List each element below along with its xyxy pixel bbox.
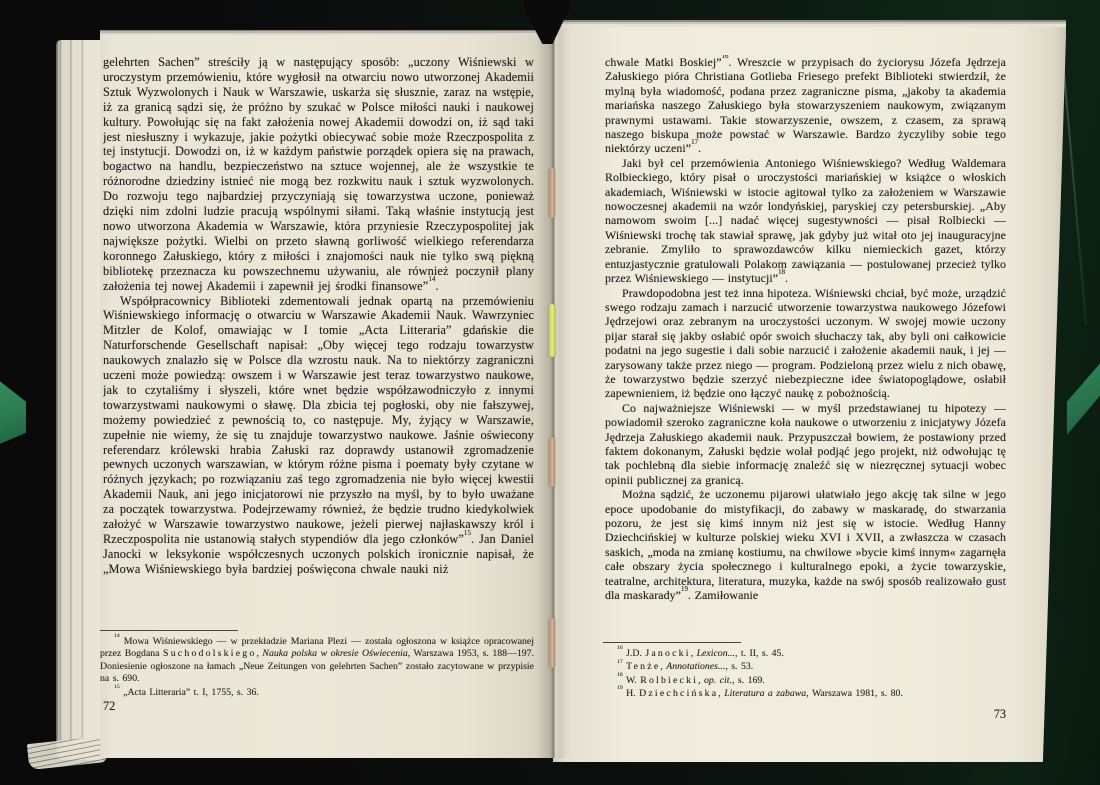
- paragraph: chwale Matki Boskiej”16. Wreszcie w przy…: [605, 55, 1006, 156]
- cover-board-edge: [1061, 46, 1087, 325]
- footnote-rule: [603, 642, 741, 643]
- right-page: chwale Matki Boskiej”16. Wreszcie w przy…: [553, 20, 1066, 762]
- page-number-left: 72: [103, 699, 115, 714]
- bookmark-thread: [549, 304, 555, 357]
- paragraph: Można sądzić, że uczonemu pijarowi ułatw…: [605, 487, 1006, 602]
- footnote: 18 W. Rolbiecki, op. cit., s. 169.: [603, 675, 1005, 687]
- page-number-right: 73: [605, 707, 1006, 722]
- page-corner-stack: [27, 736, 107, 770]
- footnote-rule: [100, 630, 238, 631]
- footnote: 15 „Acta Litteraria” t. I, 1755, s. 36.: [100, 687, 534, 699]
- footnote: 17 Tenże, Annotationes..., s. 53.: [603, 661, 1005, 673]
- footnote: 14 Mowa Wiśniewskiego — w przekładzie Ma…: [100, 636, 534, 686]
- paragraph: Co najważniejsze Wiśniewski — w myśl prz…: [605, 401, 1006, 487]
- book-spread-photo: gelehrten Sachen” streściły ją w następu…: [0, 0, 1100, 785]
- binding-stitch: [549, 437, 555, 487]
- paragraph: gelehrten Sachen” streściły ją w następu…: [103, 55, 534, 294]
- paragraph: Współpracownicy Biblioteki zdementowali …: [103, 294, 534, 577]
- right-page-body: chwale Matki Boskiej”16. Wreszcie w przy…: [605, 55, 1006, 645]
- footnote: 19 H. Dziechcińska, Literatura a zabawa,…: [603, 688, 1005, 700]
- left-page-footnotes: 14 Mowa Wiśniewskiego — w przekładzie Ma…: [100, 630, 534, 700]
- binding-stitch: [549, 618, 555, 668]
- paragraph: Jaki był cel przemówienia Antoniego Wiśn…: [605, 156, 1006, 286]
- page-stack-edges: [56, 40, 102, 760]
- left-page: gelehrten Sachen” streściły ją w następu…: [100, 30, 553, 758]
- binding-stitch: [549, 168, 555, 218]
- left-page-body: gelehrten Sachen” streściły ją w następu…: [103, 55, 534, 631]
- right-page-footnotes: 16 J.D. Janocki, Lexicon..., t. II, s. 4…: [603, 642, 1005, 702]
- cover-stripe-left: [0, 372, 26, 450]
- footnote: 16 J.D. Janocki, Lexicon..., t. II, s. 4…: [603, 648, 1005, 660]
- paragraph: Prawdopodobna jest też inna hipoteza. Wi…: [605, 286, 1006, 401]
- cover-stripe-right: [1064, 355, 1100, 440]
